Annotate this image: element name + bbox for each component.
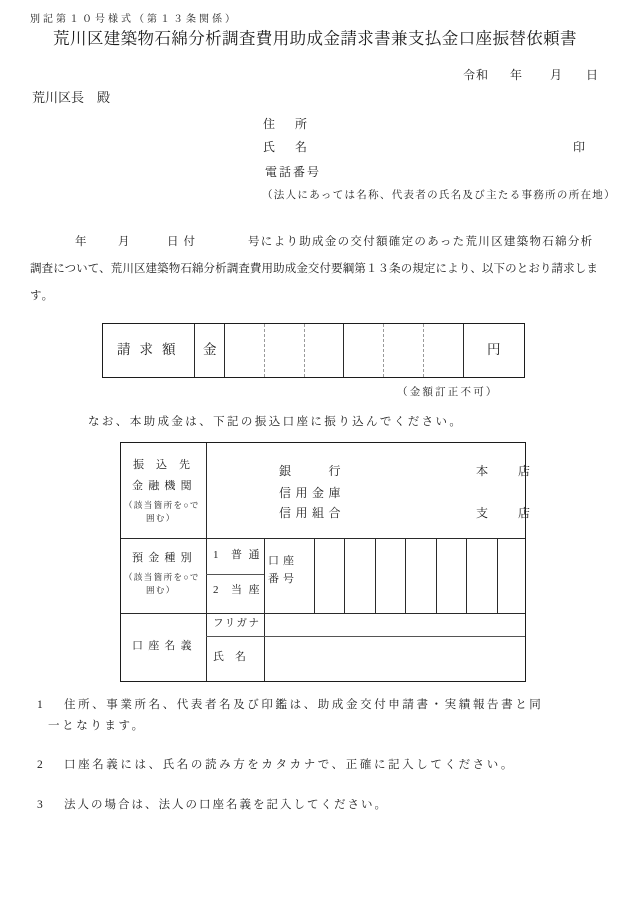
account-digit-divider [344, 538, 345, 613]
amount-prefix: 金 [203, 343, 217, 357]
institution-label-line1: 振 込 先 [133, 460, 191, 471]
amount-table-divider [343, 324, 344, 377]
amount-table: 請求額 金 円 [102, 323, 525, 378]
form-code: 別記第１０号様式（第１３条関係） [30, 15, 238, 25]
account-digit-divider [405, 538, 406, 613]
note1-number: 1 [37, 700, 43, 712]
furigana-name-divider [206, 636, 525, 637]
amount-label: 請求額 [117, 343, 185, 357]
document-page: 別記第１０号様式（第１３条関係） 荒川区建築物石綿分析調査費用助成金請求書兼支払… [0, 0, 630, 903]
phone-label: 電話番号 [265, 166, 321, 178]
account-digit-divider [436, 538, 437, 613]
request-text-line3: す。 [30, 291, 54, 303]
account-number-label-line2: 番号 [268, 574, 298, 585]
bank-table-divider [206, 443, 207, 681]
account-digit-divider [375, 538, 376, 613]
date-year-label: 年 [510, 69, 522, 81]
seal-mark: 印 [573, 141, 585, 153]
request-text-line1: 号により助成金の交付額確定のあった荒川区建築物石綿分析 [248, 237, 593, 249]
deposit-type-label: 預金種別 [132, 553, 197, 564]
shinkin-bank-option: 信用金庫 [279, 487, 345, 499]
note1-text-line1: 住所、事業所名、代表者名及び印鑑は、助成金交付申請書・実績報告書と同 [64, 700, 543, 712]
amount-table-divider [463, 324, 464, 377]
account-holder-label: 口座名義 [132, 641, 197, 652]
institution-label-line2: 金融機関 [132, 481, 197, 492]
date-day-label: 日 [586, 69, 598, 81]
note2-text: 口座名義には、氏名の読み方をカタカナで、正確に記入してください。 [64, 760, 515, 772]
account-digit-divider [497, 538, 498, 613]
note2-number: 2 [37, 760, 43, 772]
amount-digit-divider [423, 324, 424, 377]
institution-circle-note-line2: 囲む） [146, 514, 176, 523]
bank-table: 振 込 先 金融機関 （該当箇所を○で 囲む） 銀 行 信用金庫 信用組合 本 … [120, 442, 526, 682]
corporation-note: （法人にあっては名称、代表者の氏名及び主たる事務所の所在地） [262, 191, 616, 202]
deposit-option2-label: 当座 [231, 585, 266, 596]
amount-table-divider [224, 324, 225, 377]
deposit-circle-note-line2: 囲む） [146, 586, 176, 595]
form-title: 荒川区建築物石綿分析調査費用助成金請求書兼支払金口座振替依頼書 [0, 31, 630, 48]
note3-number: 3 [37, 800, 43, 812]
bank-table-divider [121, 613, 525, 614]
date-era-label: 令和 [463, 69, 489, 81]
bank-option: 銀 行 [279, 465, 345, 477]
date-month-label: 月 [550, 69, 562, 81]
name-label: 氏 名 [263, 141, 311, 153]
request-year-label: 年 [75, 237, 87, 249]
amount-suffix: 円 [487, 343, 501, 357]
request-text-line2: 調査について、荒川区建築物石綿分析調査費用助成金交付要綱第１３条の規定により、以… [30, 264, 598, 276]
request-day-label: 日付 [167, 237, 200, 249]
request-month-label: 月 [118, 237, 130, 249]
addressee: 荒川区長 殿 [32, 91, 110, 104]
amount-digit-divider [383, 324, 384, 377]
address-label: 住 所 [263, 118, 311, 130]
head-office-option: 本 店 [476, 465, 539, 477]
furigana-label: フリガナ [213, 619, 260, 630]
credit-union-option: 信用組合 [279, 507, 345, 519]
deposit-option1-number: 1 [213, 550, 219, 561]
note1-text-line2: 一となります。 [48, 721, 146, 733]
institution-circle-note-line1: （該当箇所を○で [124, 501, 200, 510]
amount-correction-note: （金額訂正不可） [397, 388, 499, 399]
amount-digit-divider [304, 324, 305, 377]
note3-text: 法人の場合は、法人の口座名義を記入してください。 [64, 800, 388, 812]
deposit-option2-number: 2 [213, 585, 219, 596]
amount-table-divider [194, 324, 195, 377]
holder-name-label: 氏 名 [213, 652, 246, 663]
account-digit-divider [466, 538, 467, 613]
deposit-circle-note-line1: （該当箇所を○で [124, 573, 200, 582]
transfer-note: なお、本助成金は、下記の振込口座に振り込んでください。 [88, 417, 463, 429]
account-number-label-line1: 口座 [268, 556, 298, 567]
deposit-option-divider [206, 574, 264, 575]
amount-digit-divider [264, 324, 265, 377]
branch-office-option: 支 店 [476, 507, 539, 519]
deposit-option1-label: 普通 [231, 550, 266, 561]
bank-table-divider [314, 538, 315, 613]
bank-table-divider [121, 538, 525, 539]
